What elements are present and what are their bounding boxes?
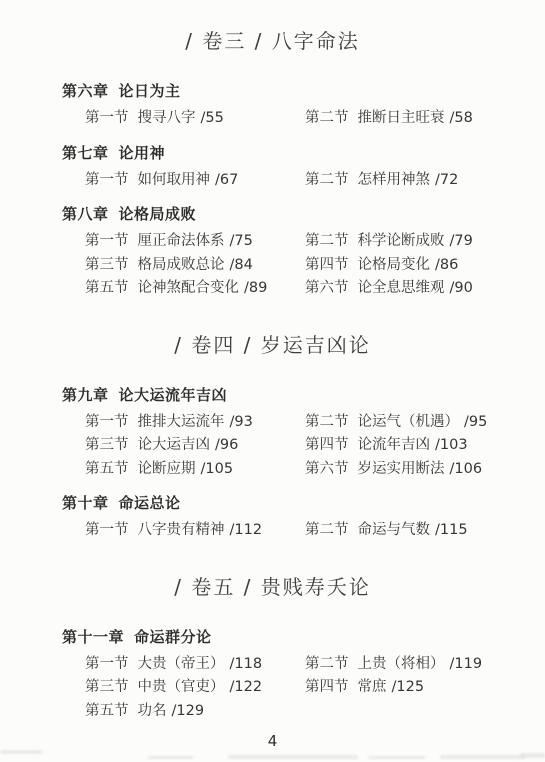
volume-3-block: / 卷三 / 八字命法 第六章 论日为主 第一节 搜寻八字 /55 第二节 推断… — [0, 28, 545, 301]
section-name: 八字贵有精神 — [138, 519, 225, 543]
section-page: /125 — [392, 676, 425, 700]
section-label: 第五节 — [85, 458, 129, 482]
section-label: 第四节 — [305, 254, 349, 278]
toc-entry: 第四节 论格局变化 /86 — [305, 254, 473, 278]
section-name: 推断日主旺衰 — [358, 107, 445, 131]
chapter-name: 命运群分论 — [134, 628, 212, 646]
section-page: /86 — [435, 254, 458, 278]
section-page: /118 — [230, 653, 263, 677]
section-list: 第一节 八字贵有精神 /112 第二节 命运与气数 /115 — [0, 519, 545, 543]
section-list: 第一节 搜寻八字 /55 第二节 推断日主旺衰 /58 — [0, 107, 545, 131]
section-page: /96 — [215, 434, 238, 458]
chapter-9-block: 第九章 论大运流年吉凶 第一节 推排大运流年 /93 第二节 论运气（机遇） /… — [0, 386, 545, 482]
section-page: /129 — [172, 700, 205, 724]
section-name: 命运与气数 — [358, 519, 431, 543]
section-label: 第一节 — [85, 411, 129, 435]
chapter-label: 第九章 — [62, 386, 109, 404]
section-page: /95 — [464, 411, 487, 435]
chapter-label: 第八章 — [62, 205, 109, 223]
section-name: 功名 — [138, 700, 167, 724]
section-name: 论格局变化 — [358, 254, 431, 278]
section-page: /112 — [230, 519, 263, 543]
section-label: 第一节 — [85, 230, 129, 254]
toc-entry: 第二节 怎样用神煞 /72 — [305, 169, 458, 193]
section-name: 常庶 — [358, 676, 387, 700]
section-name: 上贵（将相） — [358, 653, 445, 677]
section-name: 科学论断成败 — [358, 230, 445, 254]
section-label: 第一节 — [85, 107, 129, 131]
chapter-11-block: 第十一章 命运群分论 第一节 大贵（帝王） /118 第二节 上贵（将相） /1… — [0, 628, 545, 724]
toc-entry: 第五节 论断应期 /105 — [85, 458, 305, 482]
chapter-title: 第十章 命运总论 — [62, 494, 545, 512]
section-label: 第一节 — [85, 169, 129, 193]
section-label: 第二节 — [305, 169, 349, 193]
scan-artifact — [368, 756, 426, 759]
section-list: 第一节 厘正命法体系 /75 第二节 科学论断成败 /79 第三节 格局成败总论… — [0, 230, 545, 301]
chapter-label: 第十一章 — [62, 628, 124, 646]
toc-entry: 第四节 常庶 /125 — [305, 676, 482, 700]
toc-entry: 第五节 论神煞配合变化 /89 — [85, 277, 305, 301]
section-label: 第二节 — [305, 411, 349, 435]
chapter-7-block: 第七章 论用神 第一节 如何取用神 /67 第二节 怎样用神煞 /72 — [0, 144, 545, 193]
toc-entry: 第二节 论运气（机遇） /95 — [305, 411, 487, 435]
section-name: 论大运吉凶 — [138, 434, 211, 458]
chapter-title: 第六章 论日为主 — [62, 82, 545, 100]
volume-title: / 卷三 / 八字命法 — [0, 28, 545, 54]
section-page: /90 — [450, 277, 473, 301]
section-page: /119 — [450, 653, 483, 677]
toc-entry: 第六节 论全息思维观 /90 — [305, 277, 473, 301]
toc-entry: 第二节 科学论断成败 /79 — [305, 230, 473, 254]
section-label: 第五节 — [85, 700, 129, 724]
section-name: 论神煞配合变化 — [138, 277, 240, 301]
chapter-label: 第六章 — [62, 82, 109, 100]
chapter-name: 论格局成败 — [119, 205, 197, 223]
toc-entry: 第一节 如何取用神 /67 — [85, 169, 305, 193]
section-name: 格局成败总论 — [138, 254, 225, 278]
section-label: 第一节 — [85, 653, 129, 677]
section-label: 第三节 — [85, 434, 129, 458]
section-page: /58 — [450, 107, 473, 131]
section-name: 怎样用神煞 — [358, 169, 431, 193]
volume-5-block: / 卷五 / 贵贱寿夭论 第十一章 命运群分论 第一节 大贵（帝王） /118 … — [0, 574, 545, 724]
chapter-name: 论日为主 — [119, 82, 181, 100]
section-label: 第二节 — [305, 230, 349, 254]
toc-entry: 第一节 八字贵有精神 /112 — [85, 519, 305, 543]
chapter-name: 命运总论 — [119, 494, 181, 512]
toc-entry: 第一节 厘正命法体系 /75 — [85, 230, 305, 254]
chapter-title: 第十一章 命运群分论 — [62, 628, 545, 646]
chapter-name: 论用神 — [119, 144, 166, 162]
section-name: 论断应期 — [138, 458, 196, 482]
section-page: /79 — [450, 230, 473, 254]
section-label: 第六节 — [305, 458, 349, 482]
chapter-title: 第八章 论格局成败 — [62, 205, 545, 223]
section-name: 论流年吉凶 — [358, 434, 431, 458]
toc-entry: 第六节 岁运实用断法 /106 — [305, 458, 487, 482]
toc-entry: 第三节 格局成败总论 /84 — [85, 254, 305, 278]
section-name: 岁运实用断法 — [358, 458, 445, 482]
toc-entry: 第一节 推排大运流年 /93 — [85, 411, 305, 435]
scan-artifact — [228, 755, 358, 759]
section-name: 推排大运流年 — [138, 411, 225, 435]
section-page: /106 — [450, 458, 483, 482]
section-label: 第五节 — [85, 277, 129, 301]
toc-entry: 第二节 命运与气数 /115 — [305, 519, 468, 543]
section-name: 厘正命法体系 — [138, 230, 225, 254]
chapter-label: 第七章 — [62, 144, 109, 162]
section-label: 第六节 — [305, 277, 349, 301]
toc-entry: 第二节 推断日主旺衰 /58 — [305, 107, 473, 131]
scan-artifact — [148, 756, 194, 759]
chapter-6-block: 第六章 论日为主 第一节 搜寻八字 /55 第二节 推断日主旺衰 /58 — [0, 82, 545, 131]
section-label: 第四节 — [305, 434, 349, 458]
toc-page: / 卷三 / 八字命法 第六章 论日为主 第一节 搜寻八字 /55 第二节 推断… — [0, 0, 545, 762]
section-name: 大贵（帝王） — [138, 653, 225, 677]
section-list: 第一节 如何取用神 /67 第二节 怎样用神煞 /72 — [0, 169, 545, 193]
section-page: /93 — [230, 411, 253, 435]
section-page: /55 — [201, 107, 224, 131]
section-name: 论运气（机遇） — [358, 411, 460, 435]
section-list: 第一节 大贵（帝王） /118 第二节 上贵（将相） /119 第三节 中贵（官… — [0, 653, 545, 724]
scan-artifact — [440, 755, 525, 759]
toc-entry: 第三节 中贵（官吏） /122 — [85, 676, 305, 700]
section-list: 第一节 推排大运流年 /93 第二节 论运气（机遇） /95 第三节 论大运吉凶… — [0, 411, 545, 482]
chapter-title: 第七章 论用神 — [62, 144, 545, 162]
toc-content: / 卷三 / 八字命法 第六章 论日为主 第一节 搜寻八字 /55 第二节 推断… — [0, 0, 545, 723]
toc-entry: 第一节 搜寻八字 /55 — [85, 107, 305, 131]
scan-artifact — [520, 753, 545, 758]
section-name: 论全息思维观 — [358, 277, 445, 301]
section-name: 中贵（官吏） — [138, 676, 225, 700]
section-label: 第二节 — [305, 107, 349, 131]
section-page: /105 — [201, 458, 234, 482]
section-page: /75 — [230, 230, 253, 254]
toc-entry: 第四节 论流年吉凶 /103 — [305, 434, 487, 458]
section-label: 第四节 — [305, 676, 349, 700]
section-label: 第一节 — [85, 519, 129, 543]
chapter-label: 第十章 — [62, 494, 109, 512]
section-page: /103 — [435, 434, 468, 458]
section-page: /67 — [215, 169, 238, 193]
section-label: 第三节 — [85, 676, 129, 700]
chapter-name: 论大运流年吉凶 — [119, 386, 228, 404]
section-name: 如何取用神 — [138, 169, 211, 193]
section-label: 第三节 — [85, 254, 129, 278]
section-page: /115 — [435, 519, 468, 543]
section-page: /122 — [230, 676, 263, 700]
toc-entry: 第一节 大贵（帝王） /118 — [85, 653, 305, 677]
toc-entry: 第五节 功名 /129 — [85, 700, 305, 724]
section-page: /89 — [244, 277, 267, 301]
volume-title: / 卷五 / 贵贱寿夭论 — [0, 574, 545, 600]
chapter-8-block: 第八章 论格局成败 第一节 厘正命法体系 /75 第二节 科学论断成败 /79 — [0, 205, 545, 301]
page-number: 4 — [0, 732, 545, 750]
volume-4-block: / 卷四 / 岁运吉凶论 第九章 论大运流年吉凶 第一节 推排大运流年 /93 … — [0, 332, 545, 543]
chapter-title: 第九章 论大运流年吉凶 — [62, 386, 545, 404]
chapter-10-block: 第十章 命运总论 第一节 八字贵有精神 /112 第二节 命运与气数 /115 — [0, 494, 545, 543]
toc-entry: 第三节 论大运吉凶 /96 — [85, 434, 305, 458]
toc-entry: 第二节 上贵（将相） /119 — [305, 653, 482, 677]
section-label: 第二节 — [305, 519, 349, 543]
scan-artifact — [0, 750, 42, 754]
volume-title: / 卷四 / 岁运吉凶论 — [0, 332, 545, 358]
section-label: 第二节 — [305, 653, 349, 677]
section-page: /72 — [435, 169, 458, 193]
section-name: 搜寻八字 — [138, 107, 196, 131]
section-page: /84 — [230, 254, 253, 278]
